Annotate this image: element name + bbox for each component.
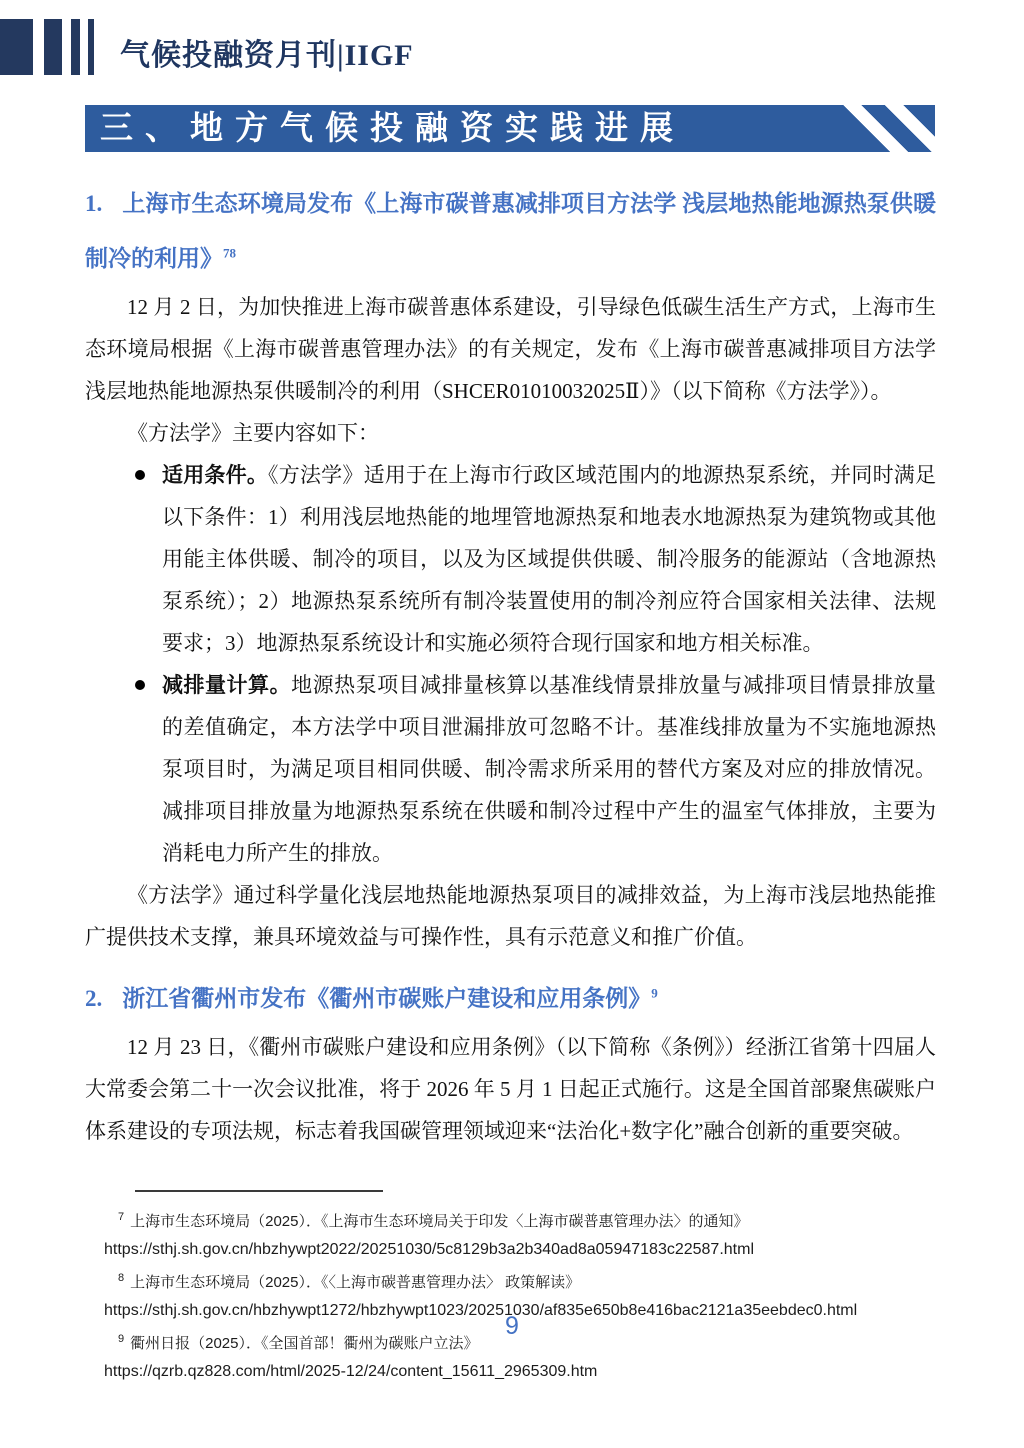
bullet-lead: 减排量计算。 [162,673,291,697]
footnote-8: 8上海市生态环境局（2025）．《〈上海市碳普惠管理办法〉 政策解读》 [118,1264,936,1297]
bullet-text: 《方法学》适用于在上海市行政区域范围内的地源热泵系统，并同时满足以下条件：1）利… [162,463,936,655]
section-1-intro-paragraph: 12 月 2 日，为加快推进上海市碳普惠体系建设，引导绿色低碳生活生产方式，上海… [85,286,936,412]
page-number: 9 [0,1312,1024,1341]
footnote-8-ref: 8 [118,1272,124,1284]
footnote-7-ref: 7 [118,1211,124,1223]
logo-bar-icon [71,19,80,75]
footnote-7-text: 上海市生态环境局（2025）．《上海市生态环境局关于印发〈上海市碳普惠管理办法〉… [130,1213,748,1230]
logo-square-mark [0,19,33,75]
footnote-ref-9: 9 [651,985,658,1000]
bullet-text: 地源热泵项目减排量核算以基准线情景排放量与减排项目情景排放量的差值确定，本方法学… [162,673,936,865]
section-banner-title: 三、地方气候投融资实践进展 [100,105,685,153]
section-banner: 三、地方气候投融资实践进展 [85,105,935,152]
document-page: 气候投融资月刊|IIGF 三、地方气候投融资实践进展 1.上海市生态环境局发布《… [0,0,1024,1448]
banner-stripes-decoration [843,105,935,152]
main-content: 1.上海市生态环境局发布《上海市碳普惠减排项目方法学 浅层地热能地源热泵供暖制冷… [85,176,936,1386]
footnote-8-text: 上海市生态环境局（2025）．《〈上海市碳普惠管理办法〉 政策解读》 [130,1274,580,1291]
publication-wordmark: 气候投融资月刊|IIGF [120,30,414,74]
section-2-title-text: 浙江省衢州市发布《衢州市碳账户建设和应用条例》 [122,986,651,1011]
section-1-bullet-list: 适用条件。《方法学》适用于在上海市行政区域范围内的地源热泵系统，并同时满足以下条… [85,454,936,874]
footnote-ref-78: 78 [223,245,236,260]
section-1-closing-paragraph: 《方法学》通过科学量化浅层地热能地源热泵项目的减排效益，为上海市浅层地热能推广提… [85,874,936,958]
logo-bar-icon [88,19,94,75]
footnote-7: 7上海市生态环境局（2025）．《上海市生态环境局关于印发〈上海市碳普惠管理办法… [118,1203,936,1236]
section-2-title: 2.浙江省衢州市发布《衢州市碳账户建设和应用条例》9 [85,971,936,1026]
section-1-title-text: 上海市生态环境局发布《上海市碳普惠减排项目方法学 浅层地热能地源热泵供暖制冷的利… [85,191,936,271]
footnote-9-url[interactable]: https://qzrb.qz828.com/html/2025-12/24/c… [104,1358,936,1386]
logo-bar-icon [44,19,62,75]
footnotes-block: 7上海市生态环境局（2025）．《上海市生态环境局关于印发〈上海市碳普惠管理办法… [85,1190,936,1386]
section-1-title: 1.上海市生态环境局发布《上海市碳普惠减排项目方法学 浅层地热能地源热泵供暖制冷… [85,176,936,286]
section-1-number: 1. [85,191,102,216]
section-1-list-intro: 《方法学》主要内容如下： [85,412,936,454]
section-2-intro-paragraph: 12 月 23 日，《衢州市碳账户建设和应用条例》（以下简称《条例》）经浙江省第… [85,1026,936,1152]
bullet-lead: 适用条件。 [162,463,268,487]
section-2-number: 2. [85,986,102,1011]
bullet-item-emission-calculation: 减排量计算。地源热泵项目减排量核算以基准线情景排放量与减排项目情景排放量的差值确… [85,664,936,874]
footnote-separator [135,1190,383,1192]
bullet-item-applicability: 适用条件。《方法学》适用于在上海市行政区域范围内的地源热泵系统，并同时满足以下条… [85,454,936,664]
footnote-7-url[interactable]: https://sthj.sh.gov.cn/hbzhywpt2022/2025… [104,1236,936,1264]
